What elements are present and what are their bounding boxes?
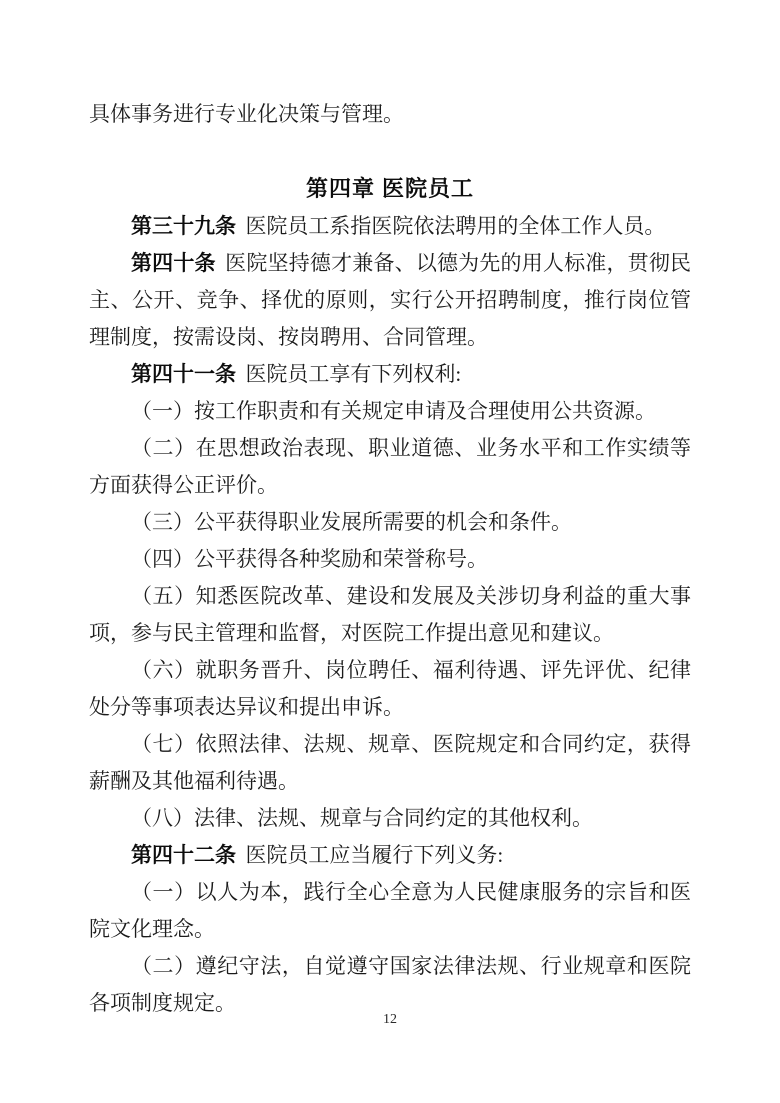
document-page: 具体事务进行专业化决策与管理。 第四章 医院员工 第三十九条医院员工系指医院依法… xyxy=(0,0,780,1103)
rights-item-7: （七）依照法律、法规、规章、医院规定和合同约定，获得薪酬及其他福利待遇。 xyxy=(89,726,691,800)
chapter-heading: 第四章 医院员工 xyxy=(89,170,691,208)
rights-item-5: （五）知悉医院改革、建设和发展及关涉切身利益的重大事项，参与民主管理和监督，对医… xyxy=(89,578,691,652)
rights-item-2: （二）在思想政治表现、职业道德、业务水平和工作实绩等方面获得公正评价。 xyxy=(89,430,691,504)
article-40-number: 第四十条 xyxy=(131,252,216,275)
rights-item-8: （八）法律、法规、规章与合同约定的其他权利。 xyxy=(89,800,691,837)
rights-item-1: （一）按工作职责和有关规定申请及合理使用公共资源。 xyxy=(89,393,691,430)
document-body: 具体事务进行专业化决策与管理。 第四章 医院员工 第三十九条医院员工系指医院依法… xyxy=(89,96,691,1022)
article-39-paragraph: 第三十九条医院员工系指医院依法聘用的全体工作人员。 xyxy=(89,208,691,245)
page-number: 12 xyxy=(0,1010,780,1030)
article-41-paragraph: 第四十一条医院员工享有下列权利: xyxy=(89,356,691,393)
article-39-number: 第三十九条 xyxy=(131,215,236,238)
article-39-text: 医院员工系指医院依法聘用的全体工作人员。 xyxy=(245,214,665,238)
duties-item-1: （一）以人为本，践行全心全意为人民健康服务的宗旨和医院文化理念。 xyxy=(89,874,691,948)
article-42-text: 医院员工应当履行下列义务: xyxy=(245,843,503,867)
rights-item-6: （六）就职务晋升、岗位聘任、福利待遇、评先评优、纪律处分等事项表达异议和提出申诉… xyxy=(89,652,691,726)
continuation-paragraph: 具体事务进行专业化决策与管理。 xyxy=(89,96,691,133)
rights-item-3: （三）公平获得职业发展所需要的机会和条件。 xyxy=(89,504,691,541)
article-42-paragraph: 第四十二条医院员工应当履行下列义务: xyxy=(89,837,691,874)
article-40-paragraph: 第四十条医院坚持德才兼备、以德为先的用人标准，贯彻民主、公开、竞争、择优的原则，… xyxy=(89,245,691,356)
rights-item-4: （四）公平获得各种奖励和荣誉称号。 xyxy=(89,541,691,578)
article-41-number: 第四十一条 xyxy=(131,363,236,386)
article-41-text: 医院员工享有下列权利: xyxy=(245,362,461,386)
article-42-number: 第四十二条 xyxy=(131,844,236,867)
